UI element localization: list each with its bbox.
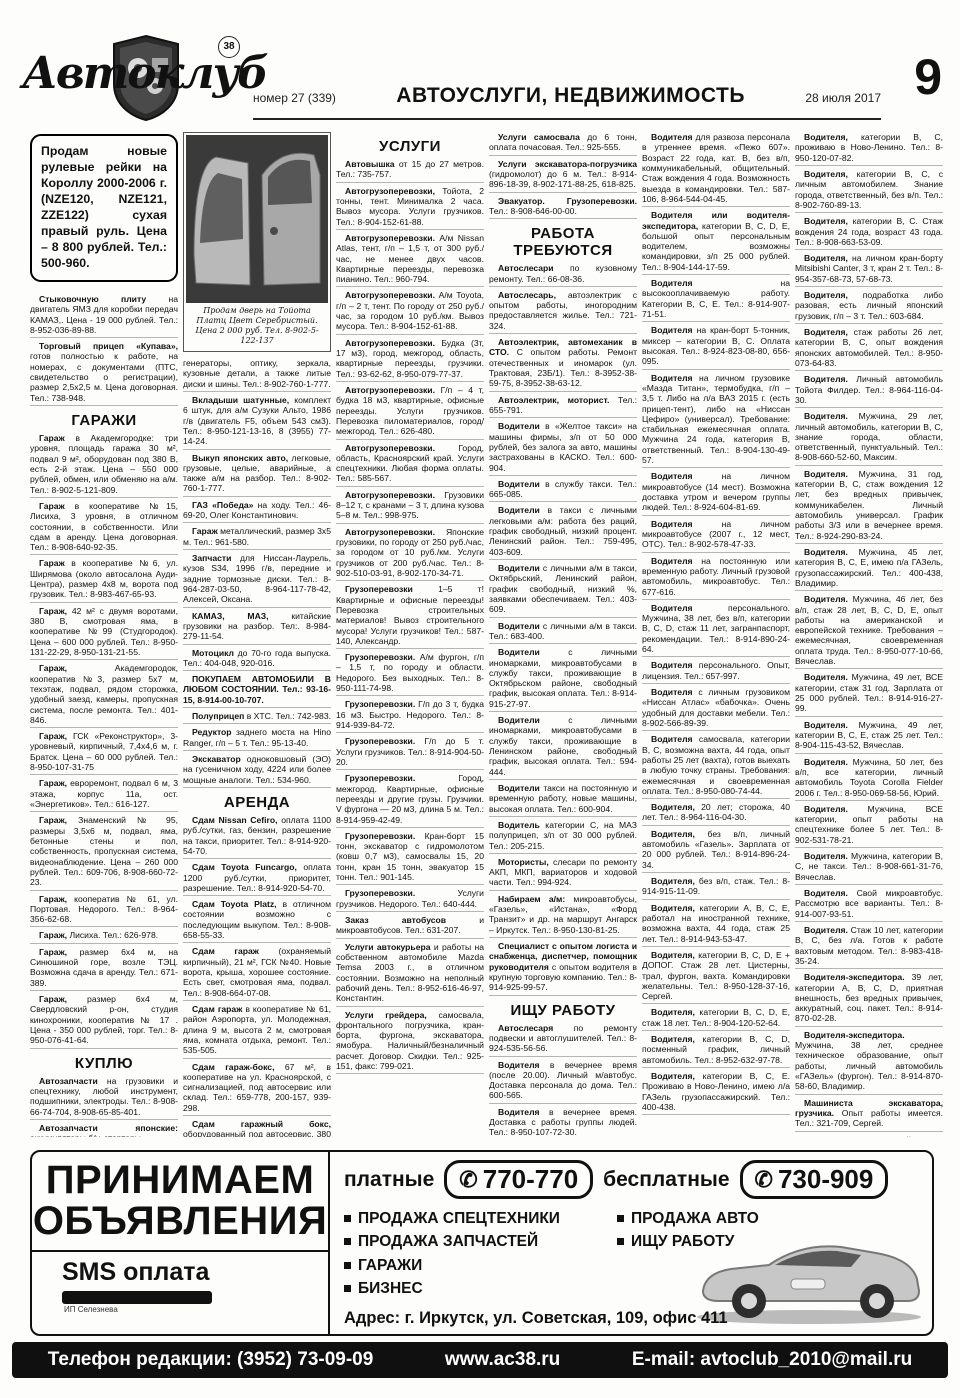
classified-ad: Гараж металлический, размер 3х5 м. Тел.:… xyxy=(183,526,331,550)
classified-ad: Сдам Nissan Cefiro, оплата 1100 руб./сут… xyxy=(183,815,331,859)
classified-ad: Водителя, категории В, С. Стаж вождения … xyxy=(795,216,943,250)
classified-ad: Услуги грейдера, самосвала, фронтального… xyxy=(336,1010,484,1075)
classified-ad: Водители такси на постоянную и временную… xyxy=(489,783,637,817)
classified-ad: Водителя, категории В, С, D, посменный г… xyxy=(642,1034,790,1068)
square-bullet-icon xyxy=(344,1262,351,1269)
classified-ad: Гараж, Академгородок, кооператив №3, раз… xyxy=(30,663,178,728)
banner-title: ПРИНИМАЕМ ОБЪЯВЛЕНИЯ xyxy=(32,1160,328,1242)
classified-ad: Автогрузоперевозки. Грузовики 8–12 т, с … xyxy=(336,490,484,524)
imprint-text: ИП Селезнева xyxy=(32,1305,328,1314)
classified-ad: Эвакуатор. Грузоперевозки. Тел.: 8-908-6… xyxy=(489,196,637,220)
featured-boxed-ad: Продам новые рулевые рейки на Короллу 20… xyxy=(30,134,178,282)
classified-ad: Водителя. Мужчина, 49 лет, категории В, … xyxy=(795,720,943,754)
classified-ad: Гараж, Лисиха. Тел.: 626-978. xyxy=(30,930,178,943)
classified-ad: Продавца запчастей на импортные автомоби… xyxy=(795,1135,943,1137)
category-label: ГАРАЖИ xyxy=(358,1254,422,1277)
classified-ad: Водителя. Мужчина, 31 год, категории В, … xyxy=(795,469,943,544)
section-header: РАБОТА ТРЕБУЮТСЯ xyxy=(489,225,637,259)
classified-ad: ПОКУПАЕМ АВТОМОБИЛИ В ЛЮБОМ СОСТОЯНИИ. Т… xyxy=(183,674,331,708)
classified-ad: Водители с личными иномарками, микроавто… xyxy=(489,715,637,780)
classified-ad: Гараж, Знаменский № 95, размеры 3,5х6 м,… xyxy=(30,815,178,890)
category-item: БИЗНЕС xyxy=(344,1277,609,1300)
classified-ad: Водитель категории С, на МАЗ полуприцеп,… xyxy=(489,820,637,854)
banner-right-panel: платные ✆ 770-770 бесплатные ✆ 730-909 П… xyxy=(330,1152,930,1334)
classified-ad: Гараж, кооператив № 61, ул. Портовая. Не… xyxy=(30,894,178,928)
classified-ad: Водителя или водителя-экспедитора, катег… xyxy=(642,210,790,275)
classified-ad: Водителя на личном грузовике «Мазда Тита… xyxy=(642,373,790,469)
classified-ad: Гараж в Академгородке: три уровня, площа… xyxy=(30,433,178,498)
classified-ad: Водителя, стаж работы 26 лет, категории … xyxy=(795,327,943,371)
classified-ad: Водителя. Мужчина, 45 лет, категория В, … xyxy=(795,547,943,591)
ad-column: Продам новые рулевые рейки на Короллу 20… xyxy=(30,132,178,1137)
category-label: БИЗНЕС xyxy=(358,1277,423,1300)
classified-ad: Грузоперевозки. Г/п до 3 т, будка 16 м3.… xyxy=(336,699,484,733)
classified-ad: Водители с личными иномарками, микроавто… xyxy=(489,647,637,712)
masthead-row: номер 27 (339) АВТОУСЛУГИ, НЕДВИЖИМОСТЬ … xyxy=(253,84,881,120)
classified-ad: Водители с личными а/м в такси, Октябрьс… xyxy=(489,563,637,618)
email: E-mail: avtoclub_2010@mail.ru xyxy=(632,1349,912,1371)
classified-ad: Полуприцеп в ХТС. Тел.: 742-983. xyxy=(183,711,331,724)
classified-ad: Водителя в вечернее время. Доставка с ра… xyxy=(489,1107,637,1137)
classified-ad: Водителя на высокооплачиваемую работу. К… xyxy=(642,278,790,322)
classified-ad: Сдам Toyota Platz, в отличном состоянии … xyxy=(183,899,331,943)
category-item: ПРОДАЖА СПЕЦТЕХНИКИ xyxy=(344,1207,609,1230)
footer-bar: Телефон редакции: (3952) 73-09-09 www.ac… xyxy=(12,1342,948,1378)
classified-ad: Водителя, без в/п, личный автомобиль «Га… xyxy=(642,829,790,873)
classified-ad: Автогрузоперевозки. А/м Toyota, г/п – 2 … xyxy=(336,290,484,334)
page-number: 9 xyxy=(914,52,942,102)
classified-ad: Мотористы, слесари по ремонту АКП, МКП, … xyxy=(489,857,637,891)
classified-ad: Водителя. Мужчина, ВСЕ категории, опыт р… xyxy=(795,804,943,848)
free-label: бесплатные xyxy=(603,1168,729,1192)
category-item: ПРОДАЖА ЗАПЧАСТЕЙ xyxy=(344,1230,609,1253)
office-address: Адрес: г. Иркутск, ул. Советская, 109, о… xyxy=(344,1309,728,1328)
classified-ad: Водителя на кран-борт 5-тонник, миксер –… xyxy=(642,325,790,369)
free-phone-box: ✆ 730-909 xyxy=(740,1160,889,1199)
classified-ad: Автослесаря по ремонту подвески и автогл… xyxy=(489,1023,637,1057)
section-header: ГАРАЖИ xyxy=(30,412,178,429)
classified-ad: Грузоперевозки. Город, межгород. Квартир… xyxy=(336,773,484,828)
classified-ad: Водителя. Мужчина, 29 лет, личный автомо… xyxy=(795,411,943,466)
submit-ads-banner: ПРИНИМАЕМ ОБЪЯВЛЕНИЯ SMS оплата ИП Селез… xyxy=(30,1150,934,1336)
section-header: ИЩУ РАБОТУ xyxy=(489,1002,637,1019)
classified-ad: Водителя. Мужчина, 49 лет, ВСЕ категории… xyxy=(795,672,943,716)
classified-ad: Водителя, категории В, С, проживаю в Нов… xyxy=(795,132,943,166)
classified-ad: Автослесарь, автоэлектрик с опытом работ… xyxy=(489,290,637,334)
classified-ad: Водителя персонального. Опыт, лицензия. … xyxy=(642,660,790,684)
classified-ad: Автослесари по кузовному ремонту. Тел.: … xyxy=(489,263,637,287)
website: www.ac38.ru xyxy=(445,1349,560,1371)
banner-left-panel: ПРИНИМАЕМ ОБЪЯВЛЕНИЯ SMS оплата ИП Селез… xyxy=(32,1152,330,1334)
classified-ad: Сдам гаражный бокс, оборудованный под ав… xyxy=(183,1119,331,1137)
ad-column: Водителя, категории В, С, проживаю в Нов… xyxy=(795,132,943,1137)
classified-ad: Гараж, 42 м² с двумя воротами, 380 В, см… xyxy=(30,606,178,661)
classified-ad: Сдам гараж в кооперативе № 61, район Аэр… xyxy=(183,1004,331,1059)
classified-ad: Водителя самосвала, категории В, С, возм… xyxy=(642,734,790,799)
classified-ad: Автогрузоперевозки, Тойота, 2 тонны, тен… xyxy=(336,186,484,230)
classified-ad: Гараж, размер 6х4 м, Свердловский р-он, … xyxy=(30,994,178,1049)
classified-ad: Автогрузоперевозки. Город, область, Крас… xyxy=(336,443,484,487)
photo-ad-caption: Продам дверь на Тойота Платц Цвет Серебр… xyxy=(186,303,328,349)
classified-ad: Грузоперевозки. А/м фургон, г/п – 1,5 т,… xyxy=(336,652,484,696)
section-header: АРЕНДА xyxy=(183,794,331,811)
classified-ad: Водителя-экспедитора. 39 лет, категории … xyxy=(795,972,943,1027)
classified-ad: Автозапчасти японские: аккумуляторы б/у,… xyxy=(30,1123,178,1137)
classified-ad: Грузоперевозки 1–5 т! Квартирные и офисн… xyxy=(336,584,484,649)
classified-ad: Грузоперевозки. Услуги грузчиков. Недоро… xyxy=(336,888,484,912)
imprint-bar xyxy=(62,1291,212,1304)
classified-ad: Мотоцикл до 70-го года выпуска. Тел.: 40… xyxy=(183,648,331,672)
section-header: УСЛУГИ xyxy=(336,138,484,155)
classified-ad: Автогрузоперевозки. Японские грузовики, … xyxy=(336,527,484,582)
square-bullet-icon xyxy=(617,1215,624,1222)
classified-ad: Редуктор заднего моста на Hino Ranger, г… xyxy=(183,727,331,751)
phone-receiver-icon: ✆ xyxy=(755,1167,773,1193)
paid-phone-box: ✆ 770-770 xyxy=(444,1160,593,1199)
banner-title-line2: ОБЪЯВЛЕНИЯ xyxy=(32,1201,328,1242)
classified-ad: Водителя на личном микроавтобусе (2007 г… xyxy=(642,519,790,553)
classified-ad: Водителя, на личном кран-борту Mitsibish… xyxy=(795,253,943,287)
free-phone-number: 730-909 xyxy=(778,1164,873,1195)
paid-phone-number: 770-770 xyxy=(483,1164,578,1195)
classified-ad: Водителя на личном микроавтобусе (14 мес… xyxy=(642,471,790,515)
classified-ad: Автозапчасти на грузовики и спецтехнику,… xyxy=(30,1076,178,1120)
classified-ad: Выкуп японских авто, легковые, грузовые,… xyxy=(183,453,331,497)
classified-ad: Автогрузоперевозки. Г/п – 4 т, будка 18 … xyxy=(336,385,484,440)
phone-receiver-icon: ✆ xyxy=(459,1167,477,1193)
paid-categories-list: ПРОДАЖА СПЕЦТЕХНИКИПРОДАЖА ЗАПЧАСТЕЙГАРА… xyxy=(344,1207,609,1300)
classifieds-columns: Продам новые рулевые рейки на Короллу 20… xyxy=(30,132,945,1137)
classified-ad: Машиниста экскаватора, грузчика. Опыт ра… xyxy=(795,1098,943,1132)
classified-ad: Грузоперевозки. Г/п до 5 т. Услуги грузч… xyxy=(336,736,484,770)
page-title: АВТОУСЛУГИ, НЕДВИЖИМОСТЬ xyxy=(396,84,745,108)
classified-ad: Водителя, 20 лет; сторожа, 40 лет. Тел.:… xyxy=(642,802,790,826)
classified-ad: Водители в «Желтое такси» на машины фирм… xyxy=(489,421,637,476)
classified-ad: Автогрузоперевозки. Будка (3т, 17 м3), г… xyxy=(336,338,484,382)
classified-ad: Водителя, категории В, С, Е. Проживаю в … xyxy=(642,1071,790,1115)
classified-ad: Водители в службу такси. Тел.: 665-085. xyxy=(489,479,637,503)
classified-ad: Гараж в кооперативе №15, Лисиха, 3 уровн… xyxy=(30,501,178,556)
ad-column: Продам дверь на Тойота Платц Цвет Серебр… xyxy=(183,132,331,1137)
car-doors-photo xyxy=(186,135,328,303)
photo-ad: Продам дверь на Тойота Платц Цвет Серебр… xyxy=(183,132,331,352)
classified-ad: Услуги самосвала до 6 тонн, оплата почас… xyxy=(489,132,637,156)
classified-ad: Услуги автокурьера и работы на собственн… xyxy=(336,942,484,1007)
classified-ad: Водители с личными а/м в такси. Тел.: 68… xyxy=(489,621,637,645)
classified-ad: Гараж, ГСК «Реконструктор», 3-уровневый,… xyxy=(30,731,178,775)
classified-ad: генераторы, оптику, зеркала, кузовные де… xyxy=(183,358,331,392)
classified-ad: Запчасти для Ниссан-Лаурель, кузов S34, … xyxy=(183,553,331,608)
logo-region-badge: 38 xyxy=(218,36,240,58)
sms-payment-label: SMS оплата xyxy=(32,1250,328,1287)
classified-ad: Набираем а/м: микроавтобусы, «Газель», «… xyxy=(489,894,637,938)
square-bullet-icon xyxy=(617,1238,624,1245)
issue-number: номер 27 (339) xyxy=(253,91,336,105)
classified-ad: Сдам Toyota Funcargo, оплата 1200 руб./с… xyxy=(183,862,331,896)
issue-date: 28 июля 2017 xyxy=(805,91,881,105)
page-header: Автоклуб 38 номер 27 (339) АВТОУСЛУГИ, Н… xyxy=(0,0,960,130)
newspaper-page: Автоклуб 38 номер 27 (339) АВТОУСЛУГИ, Н… xyxy=(0,0,960,1398)
banner-title-line1: ПРИНИМАЕМ xyxy=(32,1160,328,1201)
classified-ad: КАМАЗ, МАЗ, китайские грузовики на разбо… xyxy=(183,611,331,645)
classified-ad: Водители в такси с личными легковыми а/м… xyxy=(489,505,637,560)
classified-ad: Специалист с опытом логиста и снабженца,… xyxy=(489,941,637,996)
category-label: ПРОДАЖА ЗАПЧАСТЕЙ xyxy=(358,1230,538,1253)
classified-ad: Экскаватор одноковшовый (ЭО) на гусеничн… xyxy=(183,754,331,788)
classified-ad: Водителя. Мужчина, 46 лет, без в/п, стаж… xyxy=(795,594,943,669)
classified-ad: Водителя с личным грузовиком «Ниссан Атл… xyxy=(642,687,790,731)
phones-row: платные ✆ 770-770 бесплатные ✆ 730-909 xyxy=(330,1152,930,1199)
classified-ad: ГАЗ «Победа» на ходу. Тел.: 46-69-20, Ол… xyxy=(183,500,331,524)
classified-ad: Гараж, размер 6х4 м, на Синюшиной горе, … xyxy=(30,947,178,991)
classified-ad: Сдам гараж (охраняемый кирпичный), 21 м²… xyxy=(183,946,331,1001)
classified-ad: Водителя, без в/п, стаж. Тел.: 8-914-915… xyxy=(642,876,790,900)
ad-column: Услуги самосвала до 6 тонн, оплата почас… xyxy=(489,132,637,1137)
square-bullet-icon xyxy=(344,1215,351,1222)
classified-ad: Автоэлектрик, моторист. Тел.: 655-791. xyxy=(489,395,637,419)
classified-ad: Грузоперевозки. Кран-борт 15 тонн, экска… xyxy=(336,831,484,886)
square-bullet-icon xyxy=(344,1238,351,1245)
classified-ad: Водителя на постоянную или временную раб… xyxy=(642,556,790,600)
category-item: ГАРАЖИ xyxy=(344,1254,609,1277)
classified-ad: Водителя. Личный автомобиль Тойота Филде… xyxy=(795,374,943,408)
classified-ad: Услуги экскаватора-погрузчика (гидромоло… xyxy=(489,159,637,193)
autoclub-logo: Автоклуб 38 xyxy=(22,42,252,122)
classified-ad: Водителя для развоза персонала в утренне… xyxy=(642,132,790,207)
classified-ad: Сдам гараж-бокс, 67 м², в кооперативе на… xyxy=(183,1062,331,1117)
classified-ad: Гараж, евроремонт, подвал 6 м, 3 этажа, … xyxy=(30,778,178,812)
classified-ad: Торговый прицеп «Купава», готов полность… xyxy=(30,341,178,406)
classified-ad: Заказ автобусов и микроавтобусов. Тел.: … xyxy=(336,915,484,939)
classified-ad: Стыковочную плиту на двигатель ЯМЗ для к… xyxy=(30,294,178,338)
classified-ad: Водителя, категории В, С, с личным автом… xyxy=(795,169,943,213)
square-bullet-icon xyxy=(344,1285,351,1292)
classified-ad: Автоэлектрик, автомеханик в СТО. С опыто… xyxy=(489,337,637,392)
classified-ad: Водителя. Свой микроавтобус. Рассмотрю в… xyxy=(795,888,943,922)
classified-ad: Вкладыши шатунные, комплект 6 штук, для … xyxy=(183,395,331,450)
ad-column: УСЛУГИАвтовышка от 15 до 27 метров. Тел.… xyxy=(336,132,484,1137)
paid-label: платные xyxy=(344,1168,434,1192)
classified-ad: Водителя, категории В, С, D, Е + ДОПОГ. … xyxy=(642,950,790,1005)
classified-ad: Автогрузоперевозки. А/м Nissan Atlas, те… xyxy=(336,233,484,288)
classified-ad: Водителя, подработка либо разовая, есть … xyxy=(795,290,943,324)
classified-ad: Водителя, категории В, С, D, Е, стаж 18 … xyxy=(642,1007,790,1031)
classified-ad: Водителя. Стаж 10 лет, категории В, С, б… xyxy=(795,925,943,969)
classified-ad: Гараж в кооперативе №6, ул. Ширямова (ок… xyxy=(30,558,178,602)
classified-ad: Водителя-экспедитора. Мужчина, 38 лет, с… xyxy=(795,1030,943,1095)
classified-ad: Водителя в вечернее время (после 20.00).… xyxy=(489,1060,637,1104)
section-header: КУПЛЮ xyxy=(30,1055,178,1072)
editorial-phone: Телефон редакции: (3952) 73-09-09 xyxy=(48,1349,374,1371)
category-label: ПРОДАЖА СПЕЦТЕХНИКИ xyxy=(358,1207,560,1230)
classified-ad: Водителя, категории А, В, С, Е, работал … xyxy=(642,903,790,947)
classified-ad: Водителя персонального. Мужчина, 38 лет,… xyxy=(642,603,790,658)
classified-ad: Водителя. Мужчина, 50 лет, без в/п, все … xyxy=(795,757,943,801)
ad-column: Водителя для развоза персонала в утренне… xyxy=(642,132,790,1137)
classified-ad: Водителя. Мужчина, категории В, С, не та… xyxy=(795,851,943,885)
classified-ad: Автовышка от 15 до 27 метров. Тел.: 735-… xyxy=(336,159,484,183)
